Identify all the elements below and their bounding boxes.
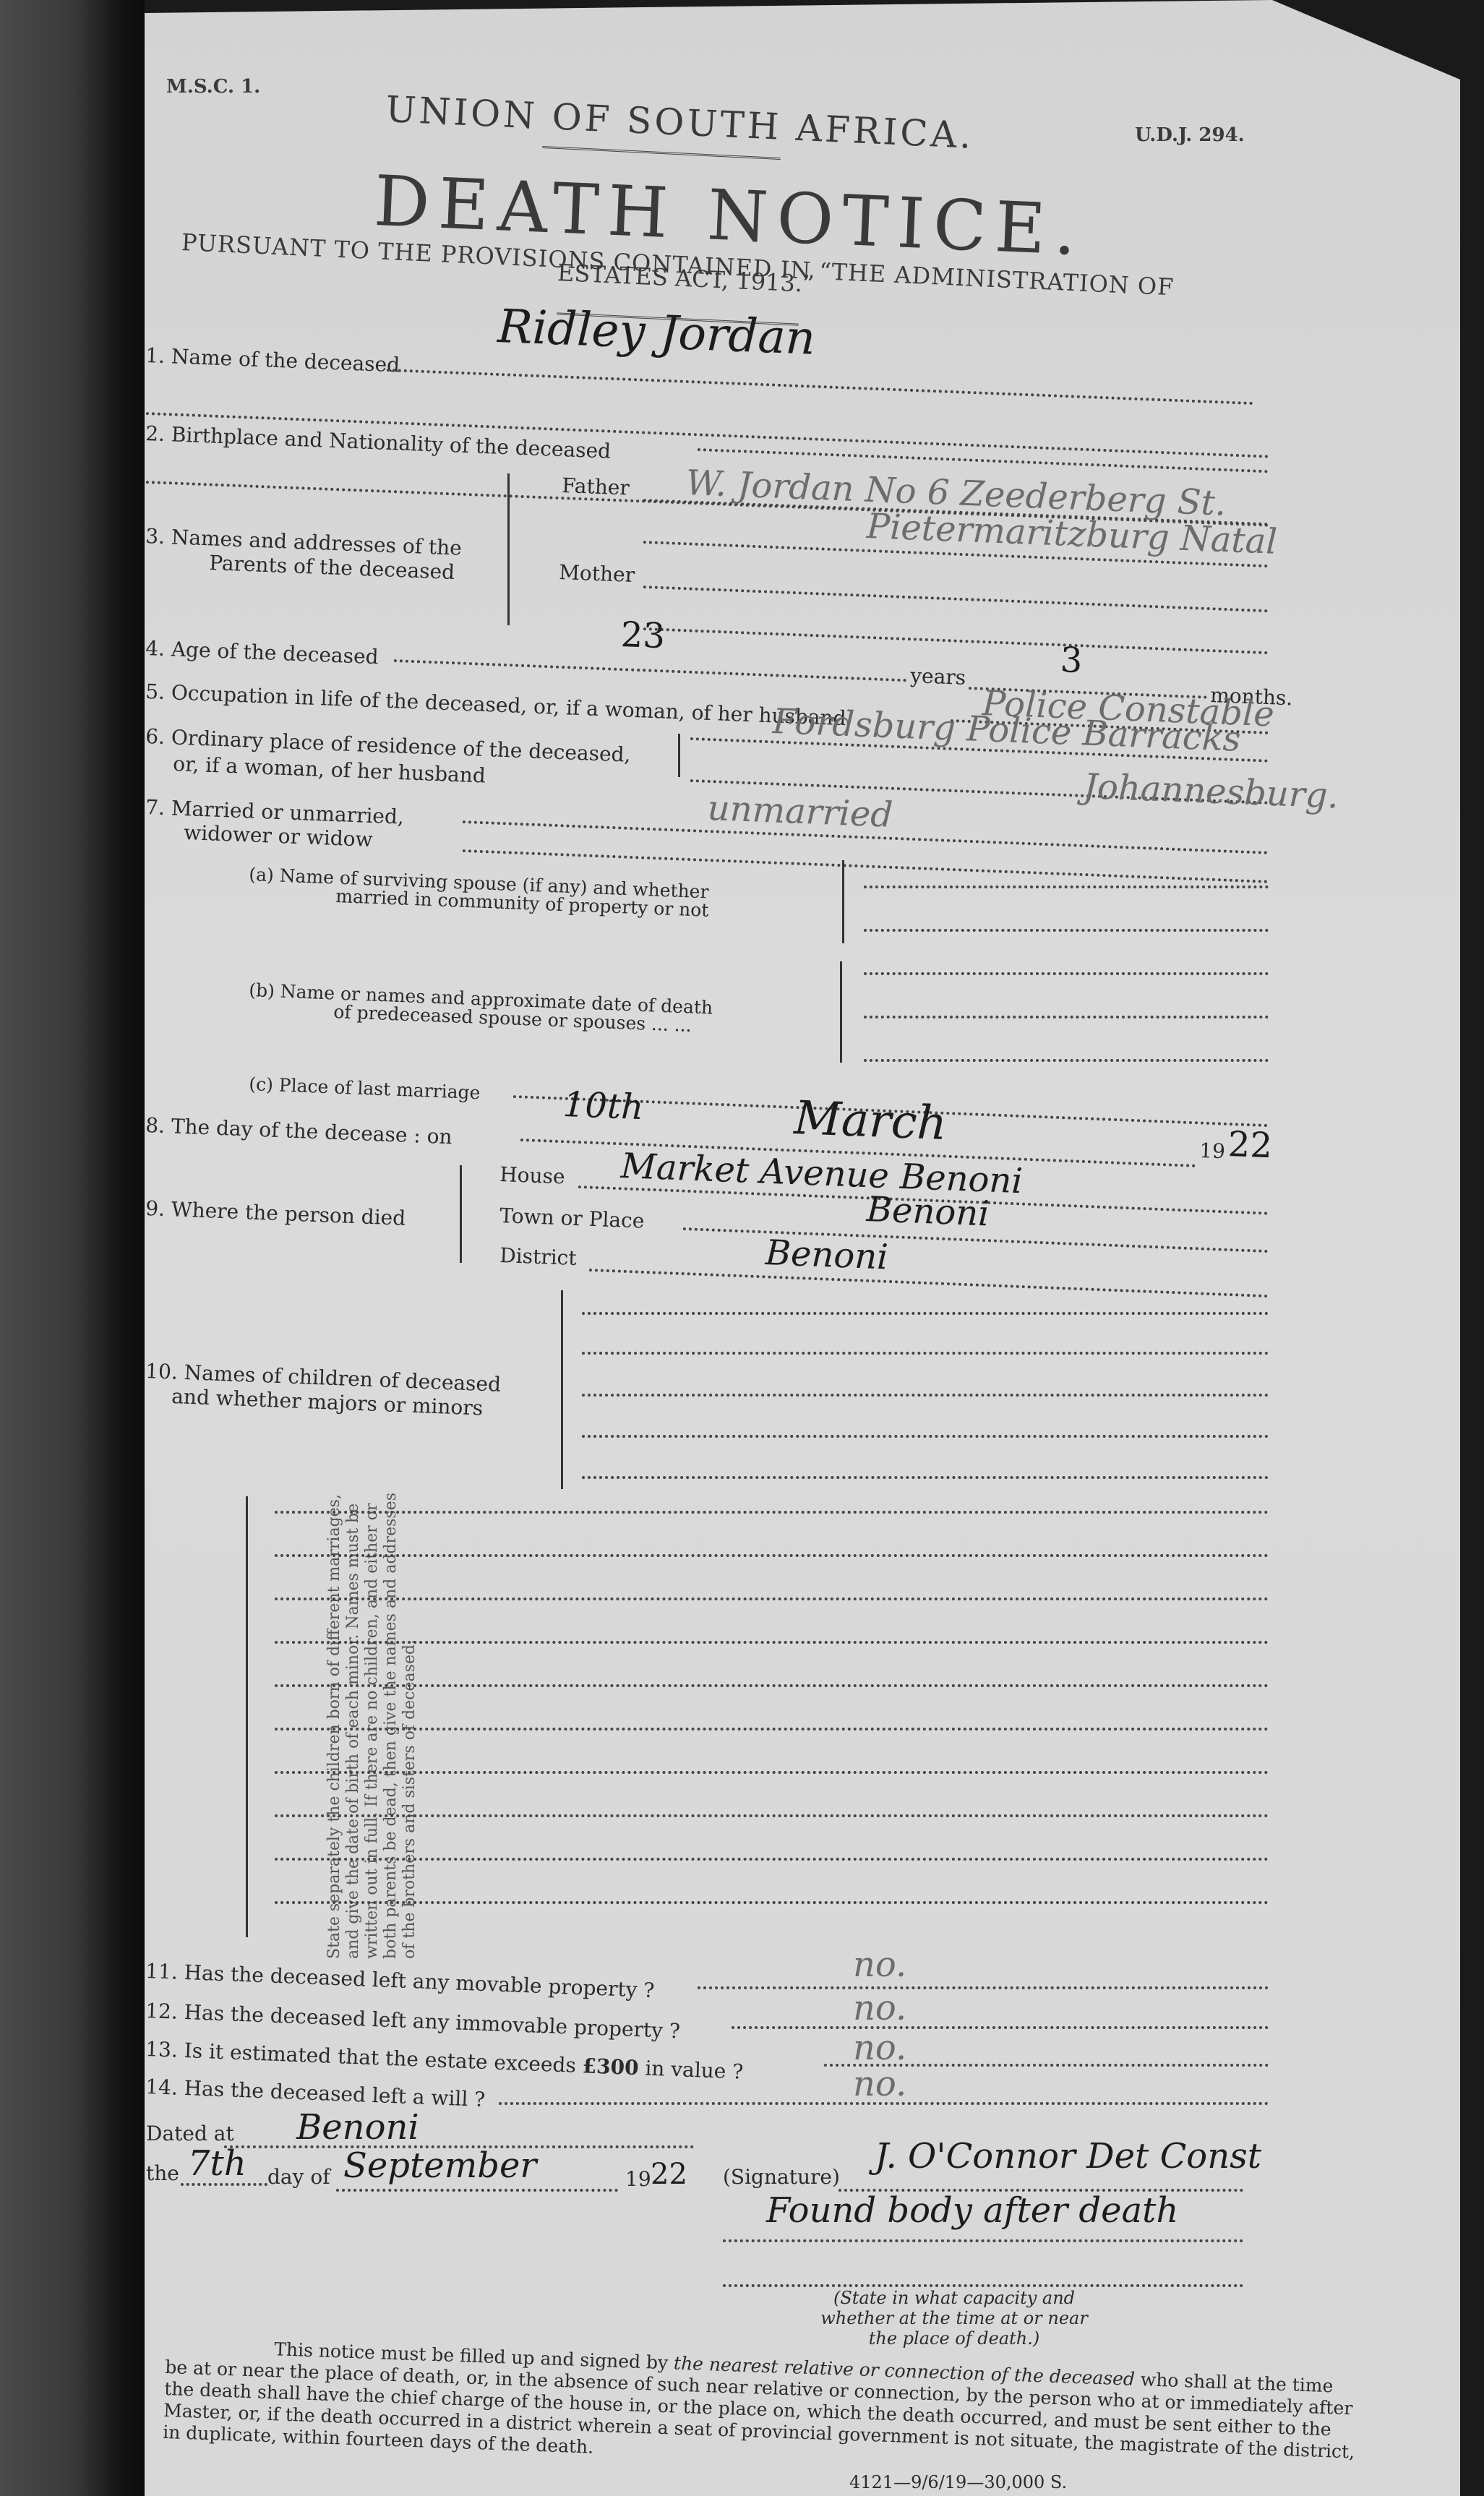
age-months-value[interactable]: 3 <box>1060 640 1084 681</box>
children-line-1[interactable] <box>582 1312 1269 1315</box>
last-marriage-label: (c) Place of last marriage <box>249 1073 481 1103</box>
residence-value-2[interactable]: Johannesburg. <box>1083 766 1339 817</box>
movable-label: 11. Has the deceased left any movable pr… <box>145 1959 655 2002</box>
age-years-value[interactable]: 23 <box>620 614 666 656</box>
age-label: 4. Age of the deceased <box>145 636 379 669</box>
exceeds-amount: £300 <box>582 2054 639 2080</box>
mother-label: Mother <box>559 560 635 587</box>
house-label: House <box>499 1162 565 1188</box>
residence-brace <box>678 734 680 777</box>
immovable-value[interactable]: no. <box>853 1988 906 2028</box>
occupation-label: 5. Occupation in life of the deceased, o… <box>145 679 846 730</box>
district-line <box>589 1269 1268 1298</box>
exceeds-value[interactable]: no. <box>853 2028 906 2068</box>
year-prefix: 19 <box>625 2167 651 2191</box>
movable-line <box>698 1986 1269 1989</box>
signature-value[interactable]: J. O'Connor Det Const <box>875 2136 1261 2177</box>
month-value[interactable]: September <box>343 2145 536 2186</box>
children-line-5[interactable] <box>582 1476 1269 1479</box>
side-brace <box>246 1496 248 1937</box>
side-line[interactable] <box>275 1728 1269 1731</box>
signature-label: (Signature) <box>723 2165 840 2189</box>
month-line <box>336 2189 618 2192</box>
decease-date-label: 8. The day of the decease : on <box>145 1113 453 1149</box>
exceeds-label: 13. Is it estimated that the estate exce… <box>145 2037 744 2084</box>
father-label: Father <box>562 473 630 500</box>
decease-day-value[interactable]: 10th <box>562 1084 644 1128</box>
spouse-a-line-1[interactable] <box>864 885 1269 888</box>
town-label: Town or Place <box>499 1204 645 1233</box>
district-label: District <box>499 1243 578 1270</box>
decease-month-value[interactable]: March <box>793 1092 948 1151</box>
death-place-label: 9. Where the person died <box>145 1196 406 1230</box>
side-instruction-note: State separately the children born of di… <box>325 1482 419 1959</box>
decease-year-value[interactable]: 22 <box>1227 1124 1273 1166</box>
immovable-label: 12. Has the deceased left any immovable … <box>145 1999 681 2043</box>
spouse-b-line-3[interactable] <box>864 1059 1269 1062</box>
the-label: the <box>146 2161 179 2185</box>
town-value[interactable]: Benoni <box>866 1189 990 1234</box>
form-code-right: U.D.J. 294. <box>1135 124 1245 146</box>
union-heading: UNION OF SOUTH AFRICA. <box>385 88 974 157</box>
side-line[interactable] <box>275 1597 1269 1600</box>
will-label: 14. Has the deceased left a will ? <box>145 2075 486 2111</box>
side-line[interactable] <box>275 1858 1269 1861</box>
dated-at-value[interactable]: Benoni <box>296 2107 419 2148</box>
capacity-line-1 <box>723 2239 1243 2242</box>
children-line-4[interactable] <box>582 1435 1269 1438</box>
side-line[interactable] <box>275 1771 1269 1774</box>
age-years-label: years <box>910 664 966 690</box>
side-line[interactable] <box>275 1641 1269 1644</box>
name-value[interactable]: Ridley Jordan <box>497 300 816 366</box>
capacity-note: (State in what capacity and whether at t… <box>810 2288 1099 2349</box>
death-place-brace <box>460 1165 462 1263</box>
decease-year-prefix: 19 <box>1199 1138 1226 1163</box>
movable-value[interactable]: no. <box>853 1944 906 1985</box>
book-binding <box>0 0 145 2496</box>
footer-instructions: This notice must be filled up and signed… <box>163 2335 1358 2484</box>
double-rule <box>542 146 781 160</box>
name-line <box>387 369 1253 405</box>
spouse-b-brace <box>840 961 842 1063</box>
side-line[interactable] <box>275 1684 1269 1687</box>
immovable-line <box>732 2026 1269 2029</box>
form-code-left: M.S.C. 1. <box>166 76 260 98</box>
capacity-line-2 <box>723 2284 1243 2287</box>
capacity-value[interactable]: Found body after death <box>766 2190 1178 2231</box>
death-notice-form: M.S.C. 1. U.D.J. 294. UNION OF SOUTH AFR… <box>145 0 1460 2496</box>
day-of-label: day of <box>267 2165 330 2189</box>
dated-at-label: Dated at <box>146 2122 234 2145</box>
side-line[interactable] <box>275 1554 1269 1557</box>
district-value[interactable]: Benoni <box>765 1232 889 1277</box>
will-value[interactable]: no. <box>853 2064 906 2104</box>
mother-line-2 <box>643 627 1269 654</box>
day-value[interactable]: 7th <box>188 2143 246 2184</box>
mother-line <box>643 586 1269 612</box>
children-brace <box>561 1290 563 1489</box>
spouse-a-line-2[interactable] <box>864 929 1269 932</box>
side-line[interactable] <box>275 1511 1269 1514</box>
year-value[interactable]: 22 <box>651 2158 687 2191</box>
children-line-3[interactable] <box>582 1394 1269 1397</box>
children-line-2[interactable] <box>582 1352 1269 1355</box>
parents-brace <box>507 473 510 625</box>
spouse-b-line-2[interactable] <box>864 1016 1269 1018</box>
side-line[interactable] <box>275 1901 1269 1904</box>
print-code: 4121—9/6/19—30,000 S. <box>849 2472 1067 2492</box>
spouse-a-brace <box>842 860 844 943</box>
name-label: 1. Name of the deceased <box>145 343 400 377</box>
marital-value[interactable]: unmarried <box>707 788 893 836</box>
age-years-line <box>394 659 907 682</box>
spouse-b-line-1[interactable] <box>864 972 1269 975</box>
side-line[interactable] <box>275 1814 1269 1817</box>
